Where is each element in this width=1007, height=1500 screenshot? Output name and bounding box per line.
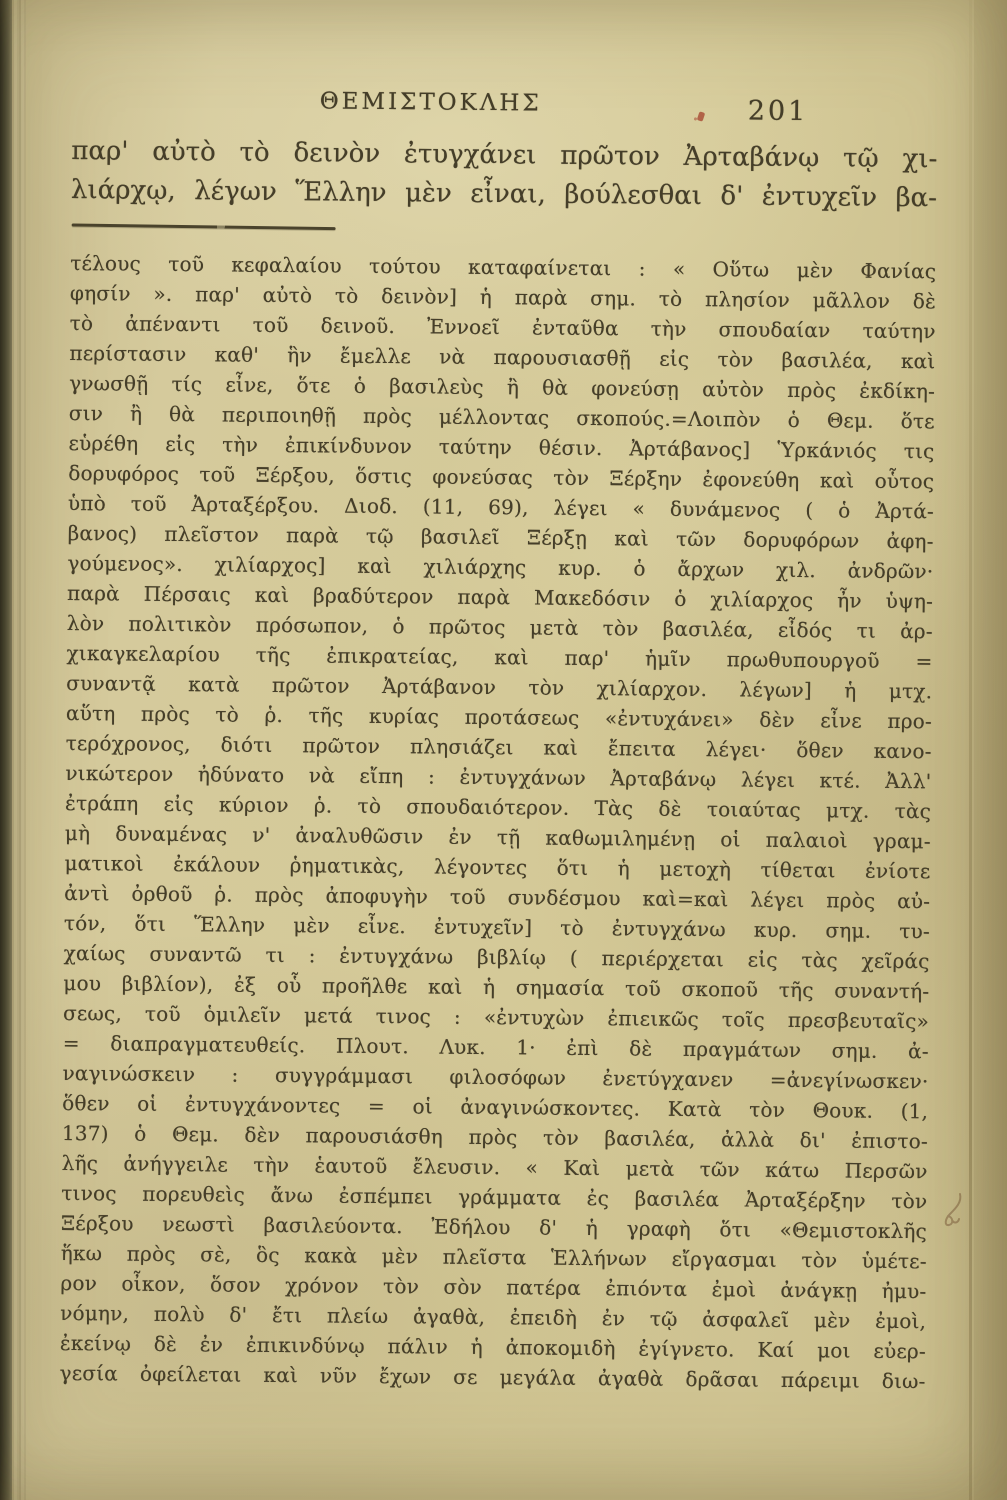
right-edge-shading (974, 0, 1007, 1500)
page-content: ΘΕΜΙΣΤΟΚΛΗΣ 201 παρ' αὐτὸ τὸ δεινὸν ἐτυγ… (59, 84, 938, 1432)
scanned-book-page: { "header": { "title": "ΘΕΜΙΣΤΟΚΛΗΣ", "p… (0, 0, 1007, 1500)
lemma-text-block: παρ' αὐτὸ τὸ δεινὸν ἐτυγχάνει πρῶτον Ἀρτ… (71, 132, 938, 218)
running-title: ΘΕΜΙΣΤΟΚΛΗΣ (320, 88, 542, 116)
footnote-separator-rule (72, 223, 336, 230)
commentary-text-block: τέλους τοῦ κεφαλαίου τούτου καταφαίνεται… (59, 248, 936, 1396)
vertical-paper-crease (969, 0, 972, 1500)
paper-background: ΘΕΜΙΣΤΟΚΛΗΣ 201 παρ' αὐτὸ τὸ δεινὸν ἐτυγ… (0, 0, 1007, 1500)
pencil-squiggle-mark (940, 1190, 968, 1234)
page-number: 201 (748, 95, 809, 127)
page-header: ΘΕΜΙΣΤΟΚΛΗΣ 201 (72, 84, 938, 92)
stacked-page-edges (12, 0, 26, 1500)
book-binding-shadow (0, 0, 12, 1500)
text-line: λιάρχῳ, λέγων Ἕλλην μὲν εἶναι, βούλεσθαι… (71, 171, 937, 218)
